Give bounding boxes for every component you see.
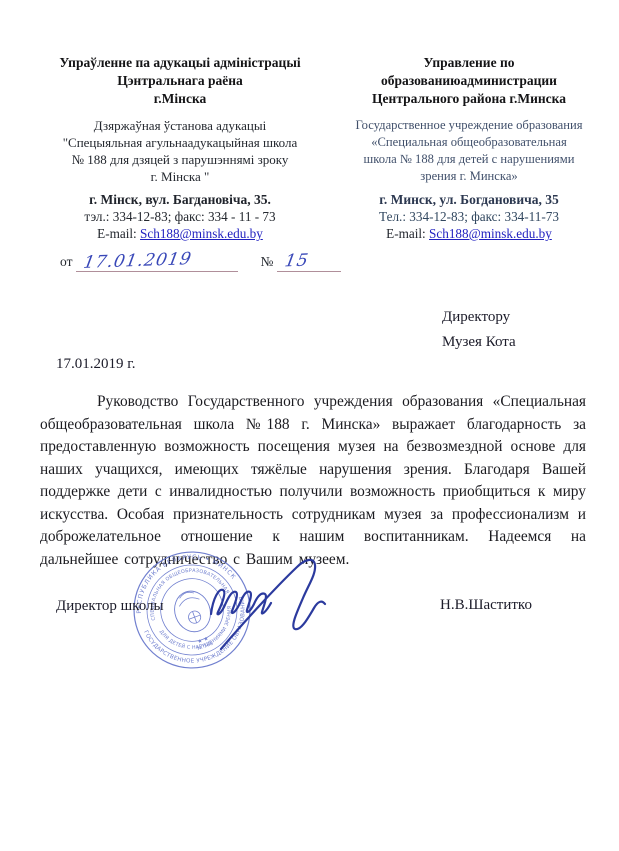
director-signature — [193, 550, 333, 655]
letter-date: 17.01.2019 г. — [56, 356, 135, 373]
school-address-by: г. Мінск, вул. Багдановіча, 35. — [30, 191, 330, 208]
school-address-ru: г. Минск, ул. Богдановича, 35 — [333, 191, 605, 208]
letterhead: Упраўленне па адукацыі адміністрацыі Цэн… — [30, 54, 605, 243]
handwritten-number: 15 — [284, 252, 311, 271]
outgoing-number-field: 15 — [277, 252, 341, 272]
email-link-ru[interactable]: Sch188@minsk.edu.by — [429, 226, 552, 241]
recipient-title: Директору — [442, 305, 516, 330]
school-name-ru: Государственное учреждение образования «… — [333, 117, 605, 185]
school-email-line-ru: E-mail: Sch188@minsk.edu.by — [333, 225, 605, 243]
signature-ink-graphic — [193, 550, 333, 655]
email-link-by[interactable]: Sch188@minsk.edu.by — [140, 226, 263, 241]
authority-ru-line2: образованиюадминистрации — [333, 72, 605, 90]
school-name-by: Дзяржаўная ўстанова адукацыі "Спецыяльна… — [30, 117, 330, 185]
letterhead-belarusian-column: Упраўленне па адукацыі адміністрацыі Цэн… — [30, 54, 330, 243]
letterhead-russian-column: Управление по образованиюадминистрации Ц… — [333, 54, 605, 243]
school-by-line2: "Спецыяльная агульнаадукацыйная школа — [30, 134, 330, 151]
signature-stroke-flourish — [221, 560, 325, 649]
school-email-line-by: E-mail: Sch188@minsk.edu.by — [30, 225, 330, 243]
school-by-line1: Дзяржаўная ўстанова адукацыі — [30, 117, 330, 134]
authority-name-by: Упраўленне па адукацыі адміністрацыі Цэн… — [30, 54, 330, 108]
authority-name-ru: Управление по образованиюадминистрации Ц… — [333, 54, 605, 108]
school-phone-ru: Тел.: 334-12-83; факс: 334-11-73 — [333, 208, 605, 225]
recipient-block: Директору Музея Кота — [442, 305, 516, 355]
school-ru-line1: Государственное учреждение образования — [333, 117, 605, 134]
email-label-by: E-mail: — [97, 226, 137, 241]
authority-by-line1: Упраўленне па адукацыі адміністрацыі — [30, 54, 330, 72]
signer-role: Директор школы — [56, 598, 164, 615]
reference-line: от17.01.2019№15 — [60, 252, 341, 272]
school-ru-line3: школа № 188 для детей с нарушениями — [333, 151, 605, 168]
handwritten-date: 17.01.2019 — [83, 250, 194, 272]
email-label-ru: E-mail: — [386, 226, 426, 241]
from-label: от — [60, 254, 72, 272]
recipient-organization: Музея Кота — [442, 330, 516, 355]
signer-name: Н.В.Шаститко — [440, 597, 532, 614]
school-by-line4: г. Мінска " — [30, 168, 330, 185]
outgoing-date-field: 17.01.2019 — [76, 252, 238, 272]
school-ru-line4: зрения г. Минска» — [333, 168, 605, 185]
letter-body: Руководство Государственного учреждения … — [40, 391, 586, 571]
authority-by-line3: г.Мінска — [30, 90, 330, 108]
authority-ru-line3: Центрального района г.Минска — [333, 90, 605, 108]
scanned-letter-page: Упраўленне па адукацыі адміністрацыі Цэн… — [0, 0, 619, 851]
number-label: № — [260, 254, 273, 272]
authority-by-line2: Цэнтральнага раёна — [30, 72, 330, 90]
authority-ru-line1: Управление по — [333, 54, 605, 72]
school-by-line3: № 188 для дзяцей з парушэннямі зроку — [30, 151, 330, 168]
school-ru-line2: «Специальная общеобразовательная — [333, 134, 605, 151]
school-phone-by: тэл.: 334-12-83; факс: 334 - 11 - 73 — [30, 208, 330, 225]
